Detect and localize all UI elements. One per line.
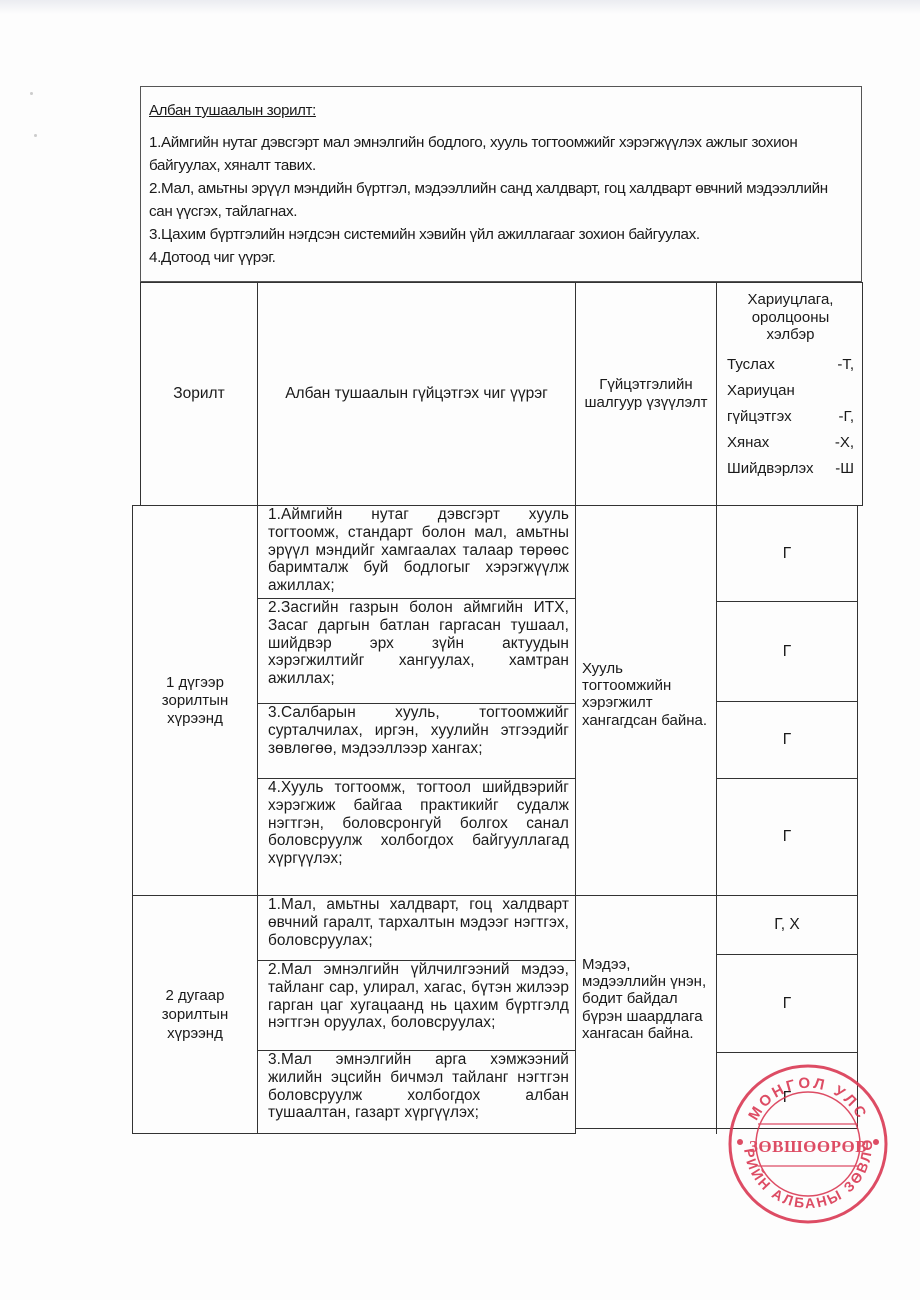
- legend-label: Хянах: [727, 430, 769, 456]
- objective-item: 2.Мал, амьтны эрүүл мэндийн бүртгэл, мэд…: [149, 177, 853, 223]
- legend-row: гүйцэтгэх-Г,: [727, 404, 854, 430]
- task-cell: 4.Хууль тогтоомж, тогтоол шийдвэрийг хэр…: [258, 779, 575, 895]
- role-cell: Г: [717, 702, 857, 778]
- legend-label: гүйцэтгэх: [727, 404, 792, 430]
- legend-label: Туслах: [727, 352, 775, 378]
- role-cell: Г: [717, 779, 857, 895]
- header-responsibility: Хариуцлага, оролцооны хэлбэр Туслах-Т, Х…: [717, 283, 862, 505]
- task-cell: 1.Аймгийн нутаг дэвсгэрт хууль тогтоомж,…: [258, 506, 575, 598]
- objectives-title: Албан тушаалын зорилт:: [149, 99, 853, 122]
- criteria-cell: Мэдээ, мэдээллийн үнэн, бодит байдал бүр…: [576, 956, 716, 1042]
- criteria-cell: Хууль тогтоомжийн хэрэгжилт хангагдсан б…: [576, 660, 716, 729]
- role-cell: Г: [717, 1053, 857, 1128]
- legend-code: -Ш: [835, 456, 854, 482]
- objectives-box: Албан тушаалын зорилт: 1.Аймгийн нутаг д…: [140, 86, 862, 282]
- task-cell: 3.Салбарын хууль, тогтоомжийг сурталчила…: [258, 704, 575, 778]
- legend-row: Шийдвэрлэх-Ш: [727, 456, 854, 482]
- task-cell: 2.Засгийн газрын болон аймгийн ИТХ, Заса…: [258, 599, 575, 703]
- legend-row: Хянах-Х,: [727, 430, 854, 456]
- scan-speck: [34, 134, 37, 137]
- legend-row: Хариуцан: [727, 378, 854, 404]
- header-duties: Албан тушаалын гүйцэтгэх чиг үүрэг: [258, 283, 575, 505]
- row-divider: [132, 1133, 576, 1134]
- objective-item: 4.Дотоод чиг үүрэг.: [149, 246, 853, 269]
- objective-item: 3.Цахим бүртгэлийн нэгдсэн системийн хэв…: [149, 223, 853, 246]
- section-objective: 1 дүгээр зорилтын хүрээнд: [133, 506, 257, 895]
- role-cell: Г, Х: [717, 896, 857, 954]
- section-objective: 2 дугаар зорилтын хүрээнд: [133, 896, 257, 1133]
- table-border: [862, 282, 863, 505]
- header-objective: Зорилт: [141, 283, 257, 505]
- role-cell: Г: [717, 506, 857, 601]
- legend-code: -Т,: [837, 352, 854, 378]
- scan-bleed-through: [0, 0, 920, 14]
- objective-item: 1.Аймгийн нутаг дэвсгэрт мал эмнэлгийн б…: [149, 131, 853, 177]
- task-cell: 1.Мал, амьтны халдварт, гоц халдварт өвч…: [258, 896, 575, 960]
- scan-speck: [30, 92, 33, 95]
- legend-code: -Г,: [839, 404, 854, 430]
- task-cell: 2.Мал эмнэлгийн үйлчилгээний мэдээ, тайл…: [258, 961, 575, 1050]
- legend-label: Хариуцан: [727, 378, 795, 404]
- legend-label: Шийдвэрлэх: [727, 456, 813, 482]
- header-criteria: Гүйцэтгэлийн шалгуур үзүүлэлт: [576, 283, 716, 505]
- role-cell: Г: [717, 602, 857, 701]
- row-divider: [575, 1128, 858, 1129]
- responsibility-title: Хариуцлага, оролцооны хэлбэр: [727, 291, 854, 344]
- task-cell: 3.Мал эмнэлгийн арга хэмжээний жилийн эц…: [258, 1051, 575, 1133]
- table-border: [857, 505, 858, 1128]
- role-cell: Г: [717, 955, 857, 1052]
- legend-row: Туслах-Т,: [727, 352, 854, 378]
- legend-code: -Х,: [835, 430, 854, 456]
- stamp-center-text: ЗӨВШӨӨРӨВ: [749, 1137, 867, 1156]
